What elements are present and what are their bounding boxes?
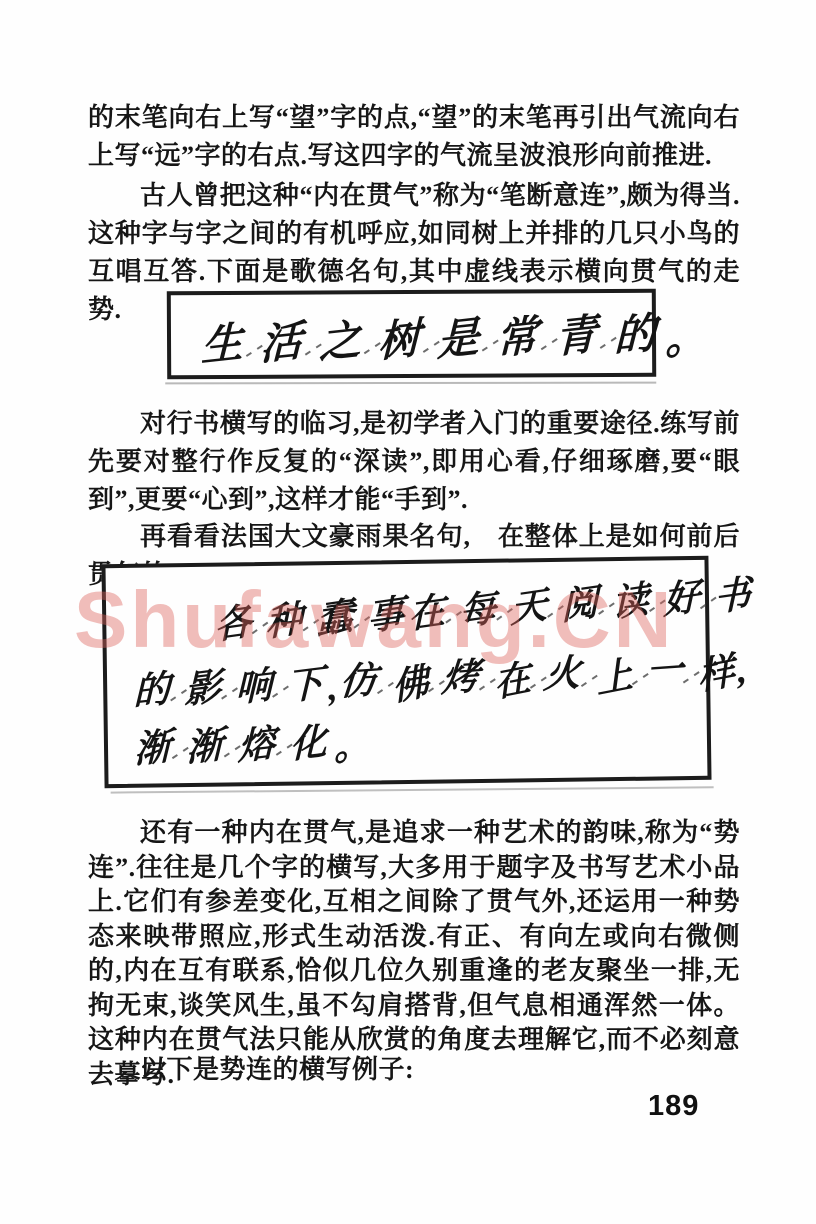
goethe-calligraphy-line: 生活之树是常青的。 (200, 300, 712, 372)
hugo-calligraphy-line-3: 渐渐熔化。 (133, 710, 375, 772)
book-page: Shufawang.CN 的末笔向右上写“望”字的点,“望”的末笔再引出气流向右… (0, 0, 816, 1224)
paragraph-linxi-practice: 对行书横写的临习,是初学者入门的重要途径.练写前先要对整行作反复的“深读”,即用… (88, 405, 740, 519)
paragraph-wangyuan-flow: 的末笔向右上写“望”字的点,“望”的末笔再引出气流向右上写“远”字的右点.写这四… (88, 99, 740, 175)
hugo-calligraphy-line-1: 各种蠢事 在每天阅读好书 (213, 564, 756, 648)
goethe-calligraphy-box: 生活之树是常青的。 (167, 289, 656, 380)
hugo-calligraphy-line-2: 的影响下, 仿佛烤在火上一样, (132, 639, 752, 715)
hugo-calligraphy-box: 各种蠢事 在每天阅读好书 的影响下, 仿佛烤在火上一样, 渐渐熔化。 (101, 556, 711, 788)
paragraph-examples-intro: 以下是势连的横写例子: (88, 1051, 740, 1089)
page-number: 189 (648, 1090, 699, 1123)
